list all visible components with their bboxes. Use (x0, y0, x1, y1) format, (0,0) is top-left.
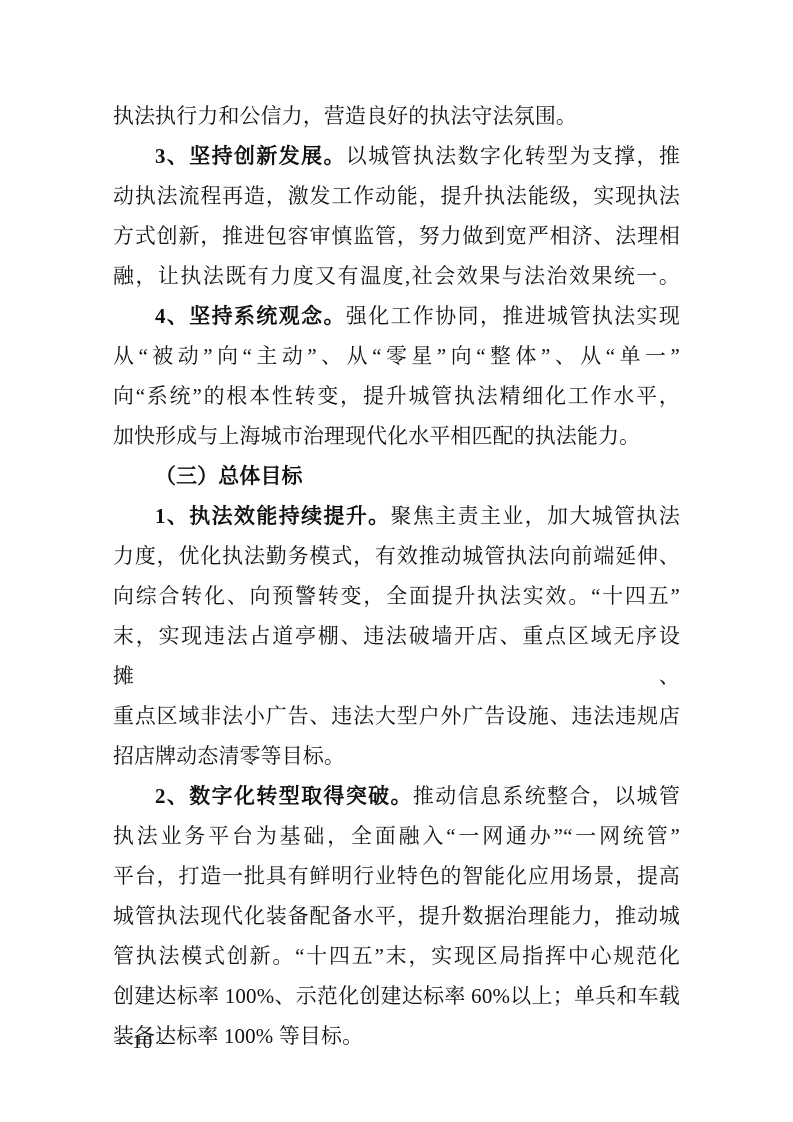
line-text: 强化工作协同，推进城管执法实现 (346, 304, 680, 328)
text-line: 管执法模式创新。“十四五”末，实现区局指挥中心规范化 (113, 936, 680, 976)
text-line: 平台，打造一批具有鲜明行业特色的智能化应用场景，提高 (113, 856, 680, 896)
text-line: 力度，优化执法勤务模式，有效推动城管执法向前端延伸、 (113, 536, 680, 576)
line-text: 方式创新，推进包容审慎监管，努力做到宽严相济、法理相 (113, 224, 680, 248)
line-text: 招店牌动态清零等目标。 (113, 744, 345, 768)
bold-lead: （三）总体目标 (155, 464, 303, 488)
text-line: 4、坚持系统观念。强化工作协同，推进城管执法实现 (113, 296, 680, 336)
line-text: 重点区域非法小广告、违法大型户外广告设施、违法违规店 (113, 704, 680, 728)
line-text: 城管执法现代化装备配备水平，提升数据治理能力，推动城 (113, 904, 680, 928)
text-line: 动执法流程再造，激发工作动能，提升执法能级，实现执法 (113, 176, 680, 216)
bold-lead: 1、执法效能持续提升。 (155, 504, 391, 528)
text-line: 末，实现违法占道亭棚、违法破墙开店、重点区域无序设摊、 (113, 616, 680, 696)
page-number: – 10 – (116, 1030, 170, 1056)
text-line: 装备达标率 100% 等目标。 (113, 1016, 680, 1056)
text-line: 方式创新，推进包容审慎监管，努力做到宽严相济、法理相 (113, 216, 680, 256)
line-text: 加快形成与上海城市治理现代化水平相匹配的执法能力。 (113, 424, 640, 448)
line-text: 平台，打造一批具有鲜明行业特色的智能化应用场景，提高 (113, 864, 680, 888)
line-text: 推动信息系统整合，以城管 (413, 784, 680, 808)
document-text-block: 执法执行力和公信力，营造良好的执法守法氛围。 3、坚持创新发展。以城管执法数字化… (113, 96, 680, 1056)
text-line: 2、数字化转型取得突破。推动信息系统整合，以城管 (113, 776, 680, 816)
text-line: 从“被动”向“主动”、从“零星”向“整体”、从“单一” (113, 336, 680, 376)
line-text: 聚焦主责主业，加大城管执法 (391, 504, 680, 528)
line-text: 创建达标率 100%、示范化创建达标率 60%以上；单兵和车载 (113, 984, 680, 1008)
line-text: 力度，优化执法勤务模式，有效推动城管执法向前端延伸、 (113, 544, 680, 568)
text-line: 加快形成与上海城市治理现代化水平相匹配的执法能力。 (113, 416, 680, 456)
line-text: 动执法流程再造，激发工作动能，提升执法能级，实现执法 (113, 184, 680, 208)
text-line: 创建达标率 100%、示范化创建达标率 60%以上；单兵和车载 (113, 976, 680, 1016)
text-line: 招店牌动态清零等目标。 (113, 736, 680, 776)
line-text: 执法执行力和公信力，营造良好的执法守法氛围。 (113, 104, 577, 128)
bold-lead: 4、坚持系统观念。 (155, 304, 346, 328)
section-heading: （三）总体目标 (113, 456, 680, 496)
text-line: 向“系统”的根本性转变，提升城管执法精细化工作水平， (113, 376, 680, 416)
line-text: 管执法模式创新。“十四五”末，实现区局指挥中心规范化 (113, 944, 680, 968)
text-line: 向综合转化、向预警转变，全面提升执法实效。“十四五” (113, 576, 680, 616)
bold-lead: 3、坚持创新发展。 (155, 144, 346, 168)
text-line: 融，让执法既有力度又有温度,社会效果与法治效果统一。 (113, 256, 680, 296)
line-text: 从“被动”向“主动”、从“零星”向“整体”、从“单一” (113, 344, 680, 368)
line-text: 以城管执法数字化转型为支撑，推 (346, 144, 680, 168)
line-text: 融，让执法既有力度又有温度,社会效果与法治效果统一。 (113, 264, 680, 288)
text-line: 3、坚持创新发展。以城管执法数字化转型为支撑，推 (113, 136, 680, 176)
text-line: 1、执法效能持续提升。聚焦主责主业，加大城管执法 (113, 496, 680, 536)
line-text: 向“系统”的根本性转变，提升城管执法精细化工作水平， (113, 384, 680, 408)
line-text: 末，实现违法占道亭棚、违法破墙开店、重点区域无序设摊、 (113, 624, 680, 688)
line-text: 向综合转化、向预警转变，全面提升执法实效。“十四五” (113, 584, 680, 608)
text-line: 重点区域非法小广告、违法大型户外广告设施、违法违规店 (113, 696, 680, 736)
document-page: 执法执行力和公信力，营造良好的执法守法氛围。 3、坚持创新发展。以城管执法数字化… (0, 0, 793, 1122)
text-line: 城管执法现代化装备配备水平，提升数据治理能力，推动城 (113, 896, 680, 936)
text-line: 执法执行力和公信力，营造良好的执法守法氛围。 (113, 96, 680, 136)
text-line: 执法业务平台为基础，全面融入“一网通办”“一网统管” (113, 816, 680, 856)
bold-lead: 2、数字化转型取得突破。 (155, 784, 413, 808)
line-text: 执法业务平台为基础，全面融入“一网通办”“一网统管” (113, 824, 680, 848)
